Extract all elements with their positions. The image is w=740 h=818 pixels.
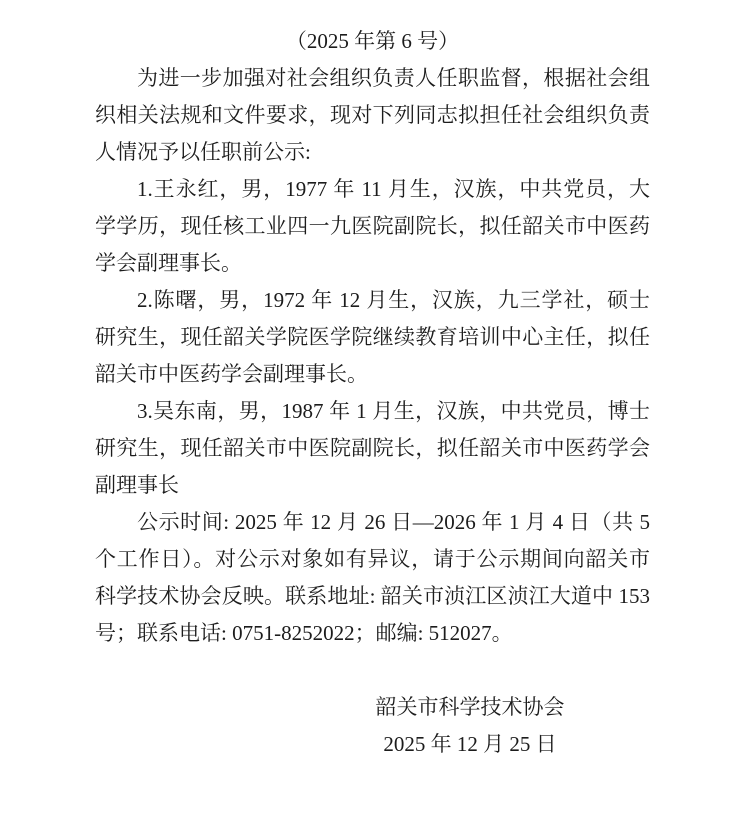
- intro-paragraph: 为进一步加强对社会组织负责人任职监督，根据社会组织相关法规和文件要求，现对下列同…: [95, 60, 650, 171]
- signature-block: 韶关市科学技术协会 2025 年 12 月 25 日: [290, 689, 650, 763]
- candidate-item-3: 3.吴东南，男，1987 年 1 月生，汉族，中共党员，博士研究生，现任韶关市中…: [95, 393, 650, 504]
- document-page: （2025 年第 6 号） 为进一步加强对社会组织负责人任职监督，根据社会组织相…: [0, 0, 740, 818]
- signature-organization: 韶关市科学技术协会: [290, 689, 650, 726]
- candidate-item-1: 1.王永红，男，1977 年 11 月生，汉族，中共党员，大学学历，现任核工业四…: [95, 171, 650, 282]
- doc-number: （2025 年第 6 号）: [95, 23, 650, 60]
- notice-details-paragraph: 公示时间: 2025 年 12 月 26 日—2026 年 1 月 4 日（共 …: [95, 504, 650, 652]
- candidate-item-2: 2.陈曙，男，1972 年 12 月生，汉族，九三学社，硕士研究生，现任韶关学院…: [95, 282, 650, 393]
- signature-date: 2025 年 12 月 25 日: [290, 726, 650, 763]
